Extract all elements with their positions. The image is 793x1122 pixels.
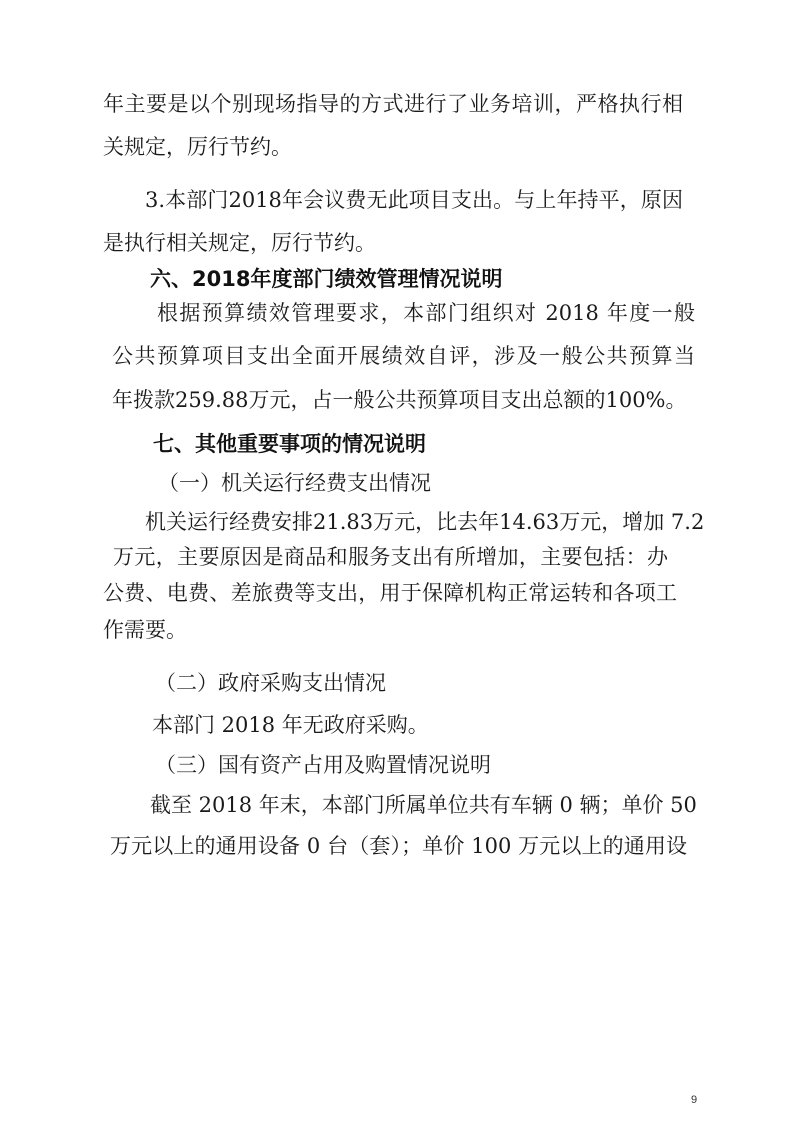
subsection-heading-operating-costs: （一）机关运行经费支出情况 xyxy=(158,471,431,495)
paragraph-line: 是执行相关规定，厉行节约。 xyxy=(103,231,376,255)
paragraph-line: 万元，主要原因是商品和服务支出有所增加，主要包括：办 xyxy=(113,545,668,569)
paragraph-line: 公共预算项目支出全面开展绩效自评，涉及一般公共预算当 xyxy=(112,344,695,368)
paragraph-line: 根据预算绩效管理要求，本部门组织对 2018 年度一般 xyxy=(157,301,695,325)
paragraph-line: 机关运行经费安排21.83万元，比去年14.63万元，增加 7.2 xyxy=(145,510,700,534)
paragraph-line: 年主要是以个别现场指导的方式进行了业务培训，严格执行相 xyxy=(103,92,683,116)
section-heading-performance: 六、2018年度部门绩效管理情况说明 xyxy=(150,266,502,292)
paragraph-line: 本部门 2018 年无政府采购。 xyxy=(152,713,429,737)
section-heading-other-matters: 七、其他重要事项的情况说明 xyxy=(153,431,426,457)
paragraph-line: 关规定，厉行节约。 xyxy=(103,135,292,159)
subsection-heading-state-assets: （三）国有资产占用及购置情况说明 xyxy=(155,753,491,777)
paragraph-line: 作需要。 xyxy=(103,618,187,642)
paragraph-line: 截至 2018 年末，本部门所属单位共有车辆 0 辆；单价 50 xyxy=(150,793,687,817)
page-number: 9 xyxy=(691,1094,697,1106)
subsection-heading-procurement: （二）政府采购支出情况 xyxy=(155,671,386,695)
paragraph-line: 万元以上的通用设备 0 台（套）；单价 100 万元以上的通用设 xyxy=(110,834,687,858)
paragraph-line: 年拨款259.88万元，占一般公共预算项目支出总额的100%。 xyxy=(112,388,687,412)
paragraph-line: 3.本部门2018年会议费无此项目支出。与上年持平，原因 xyxy=(145,188,683,212)
document-page: 年主要是以个别现场指导的方式进行了业务培训，严格执行相 关规定，厉行节约。 3.… xyxy=(0,0,793,1122)
paragraph-line: 公费、电费、差旅费等支出，用于保障机构正常运转和各项工 xyxy=(103,581,677,605)
